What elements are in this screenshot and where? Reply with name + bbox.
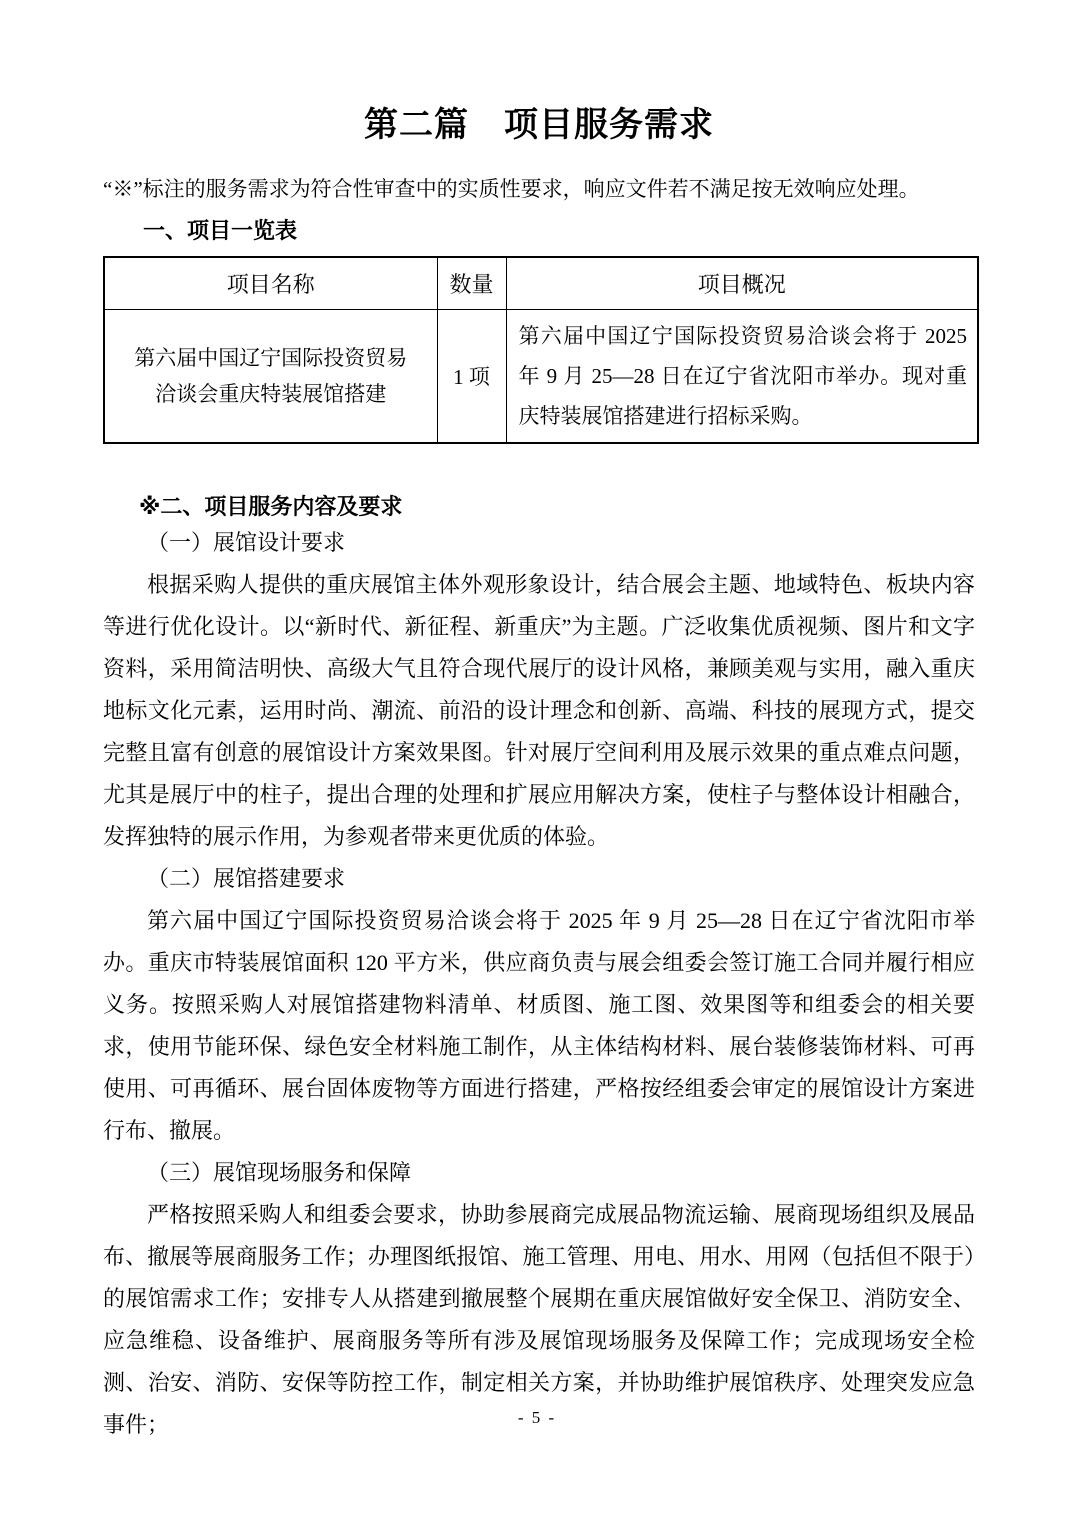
project-overview-table: 项目名称 数量 项目概况 第六届中国辽宁国际投资贸易洽谈会重庆特装展馆搭建 1 … [103, 256, 979, 444]
project-name-cell: 第六届中国辽宁国际投资贸易洽谈会重庆特装展馆搭建 [104, 309, 437, 443]
section-1-heading: 一、项目一览表 [103, 216, 975, 246]
subsection-2-heading: （二）展馆搭建要求 [103, 858, 975, 900]
subsection-1-body: 根据采购人提供的重庆展馆主体外观形象设计，结合展会主题、地域特色、板块内容等进行… [103, 564, 975, 858]
page-number: - 5 - [0, 1406, 1074, 1430]
subsection-1-heading: （一）展馆设计要求 [103, 522, 975, 564]
document-page: 第二篇 项目服务需求 “※”标注的服务需求为符合性审查中的实质性要求，响应文件若… [0, 0, 1074, 1520]
subsection-3-heading: （三）展馆现场服务和保障 [103, 1152, 975, 1194]
project-overview-cell: 第六届中国辽宁国际投资贸易洽谈会将于 2025 年 9 月 25—28 日在辽宁… [506, 309, 978, 443]
table-header-project-name: 项目名称 [104, 257, 437, 309]
page-title: 第二篇 项目服务需求 [103, 102, 975, 150]
table-header-row: 项目名称 数量 项目概况 [104, 257, 978, 309]
compliance-note: “※”标注的服务需求为符合性审查中的实质性要求，响应文件若不满足按无效响应处理。 [103, 172, 975, 206]
section-2-heading: ※二、项目服务内容及要求 [103, 492, 975, 522]
table-header-quantity: 数量 [437, 257, 506, 309]
subsection-2-body: 第六届中国辽宁国际投资贸易洽谈会将于 2025 年 9 月 25—28 日在辽宁… [103, 900, 975, 1152]
quantity-cell: 1 项 [437, 309, 506, 443]
table-header-overview: 项目概况 [506, 257, 978, 309]
table-row: 第六届中国辽宁国际投资贸易洽谈会重庆特装展馆搭建 1 项 第六届中国辽宁国际投资… [104, 309, 978, 443]
